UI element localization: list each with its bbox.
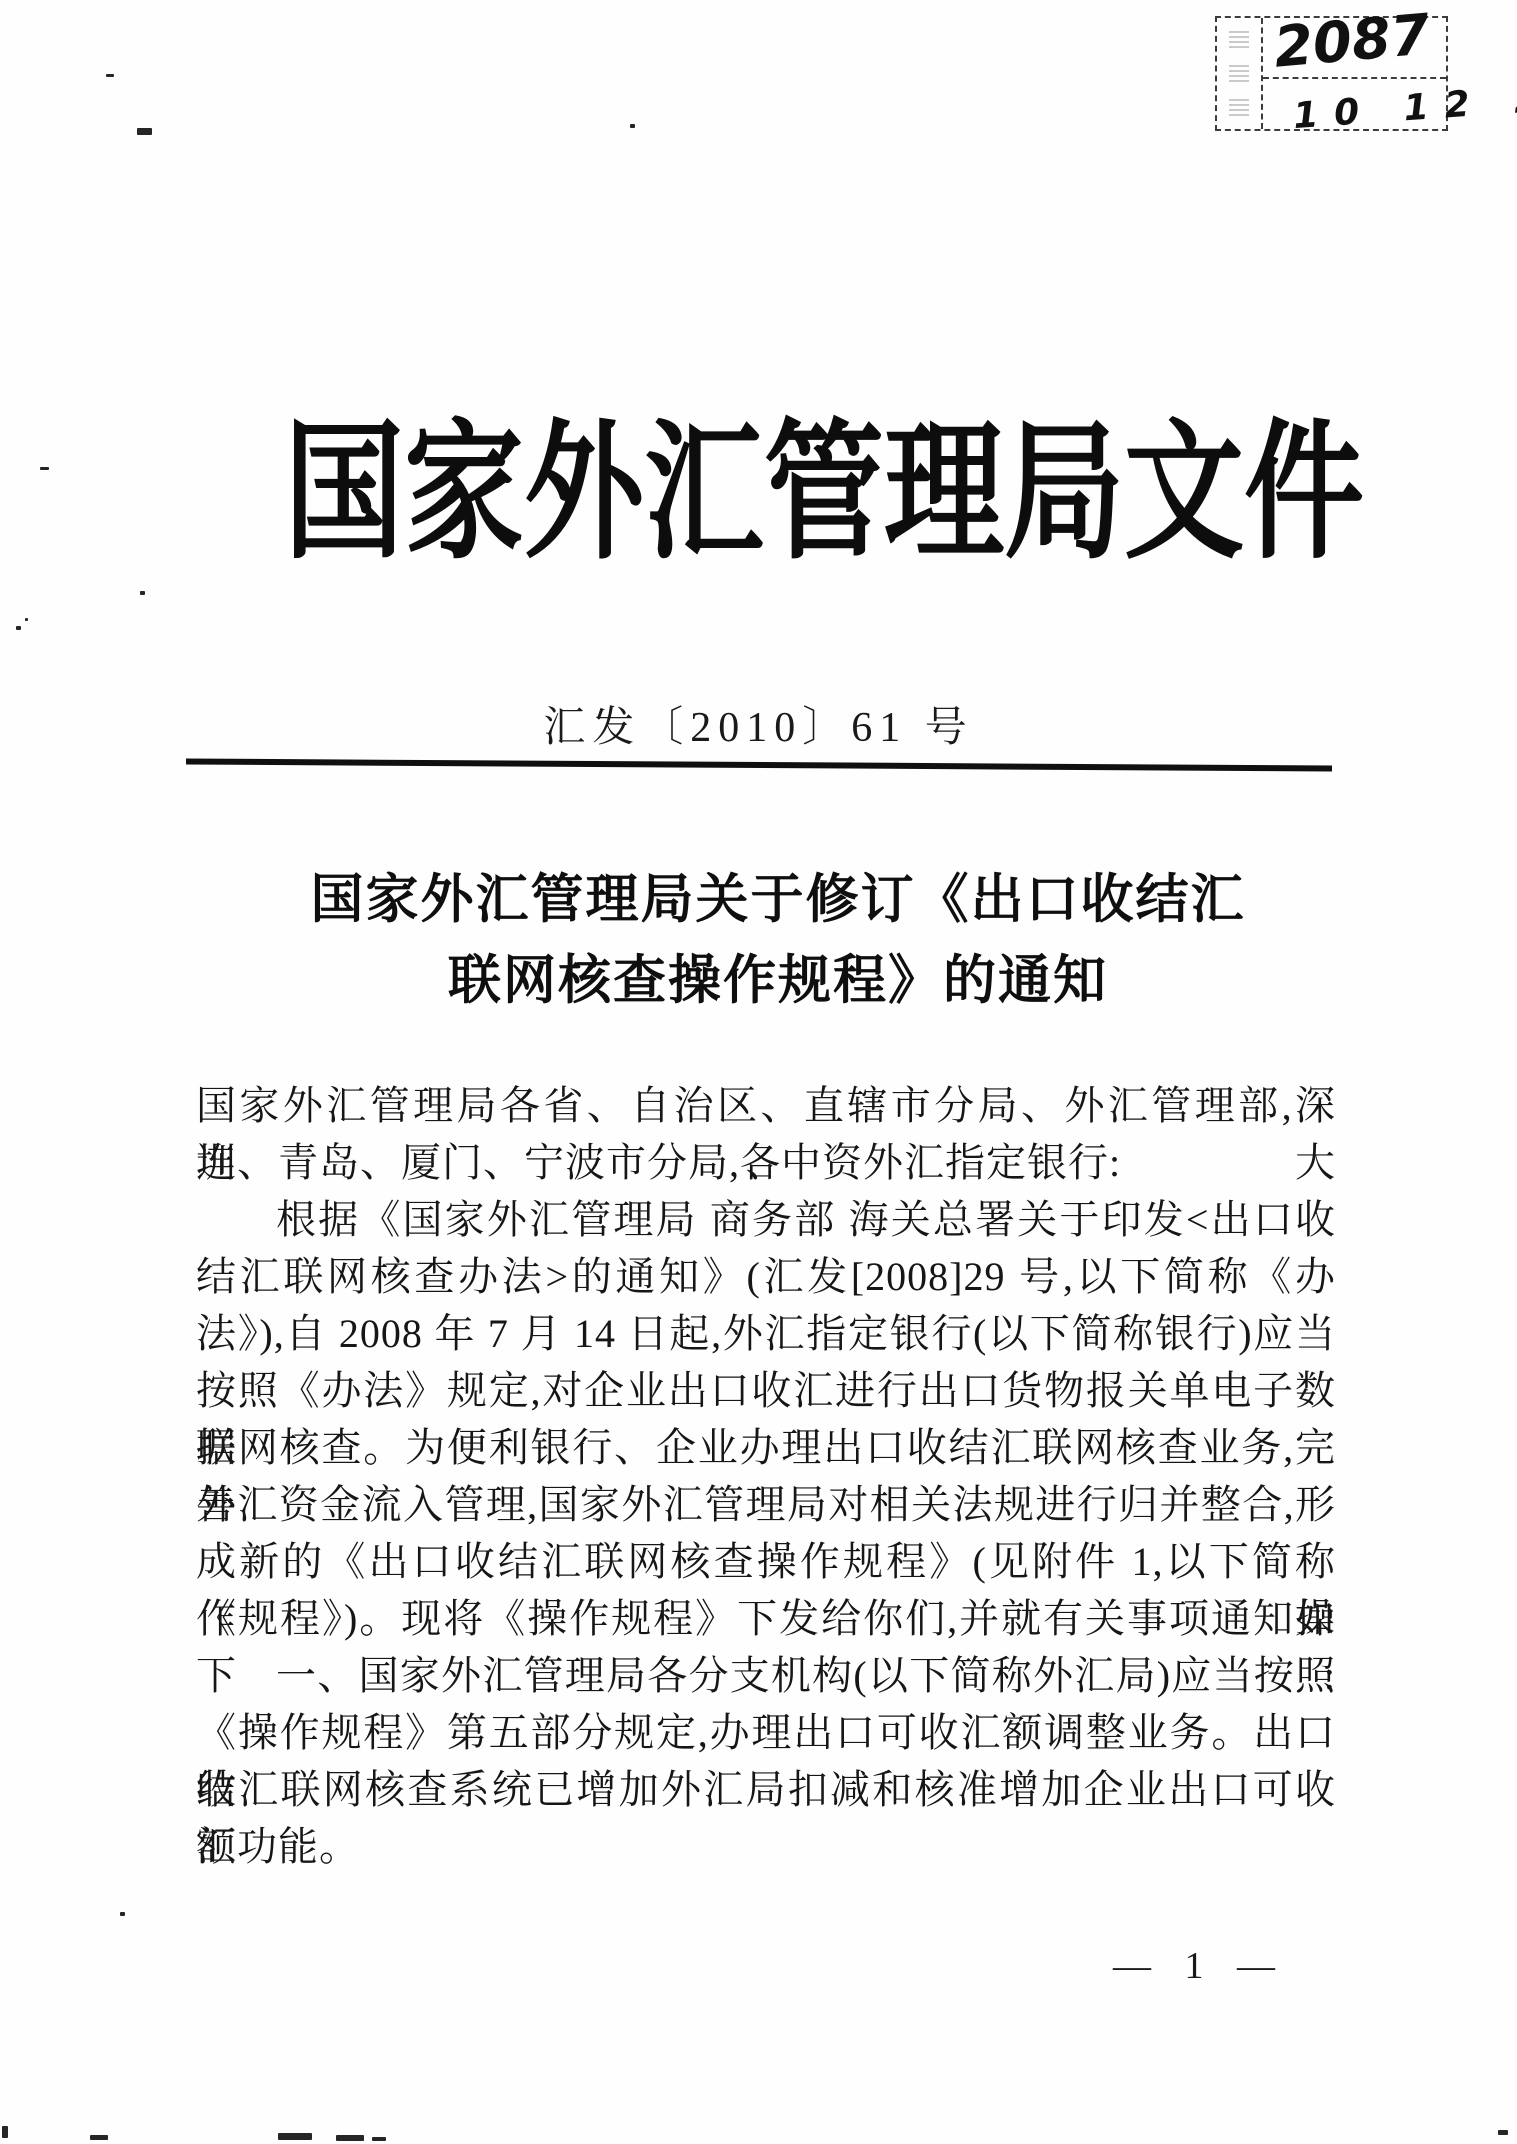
body-text-line: 结汇联网核查系统已增加外汇局扣减和核准增加企业出口可收汇 [196, 1761, 1336, 1818]
stamp-label-column [1217, 18, 1263, 129]
scan-speck [278, 2133, 312, 2140]
page-number: — 1 — [1060, 1944, 1340, 1988]
scan-speck [16, 626, 21, 630]
body-text-line: 根据《国家外汇管理局 商务部 海关总署关于印发<出口收 [196, 1191, 1336, 1248]
body-text-line: 一、国家外汇管理局各分支机构(以下简称外汇局)应当按照 [196, 1647, 1336, 1704]
stamp-faint-mark [1229, 30, 1249, 48]
notice-title-line2: 联网核查操作规程》的通知 [448, 952, 1108, 1010]
handwritten-date: 10 12 2 [1292, 81, 1517, 135]
notice-body: 国家外汇管理局各省、自治区、直辖市分局、外汇管理部,深圳、大 连、青岛、厦门、宁… [196, 1077, 1336, 1875]
body-text-line: 法》),自 2008 年 7 月 14 日起,外汇指定银行(以下简称银行)应当 [196, 1305, 1336, 1362]
scan-speck [1498, 2130, 1508, 2135]
body-text-line: 结汇联网核查办法>的通知》(汇发[2008]29 号,以下简称《办 [196, 1248, 1336, 1305]
body-text-line: 作规程》)。现将《操作规程》下发给你们,并就有关事项通知如下: [196, 1590, 1336, 1647]
scan-speck [336, 2135, 364, 2141]
notice-title: 国家外汇管理局关于修订《出口收结汇 联网核查操作规程》的通知 [156, 860, 1400, 1022]
scan-speck [40, 467, 49, 470]
registration-stamp: 2087 10 12 2 [1215, 16, 1448, 131]
letterhead-rule [186, 758, 1332, 771]
scan-speck [630, 124, 635, 128]
scan-speck [2, 2126, 8, 2138]
document-number: 汇发〔2010〕61 号 [0, 694, 1517, 754]
body-text-line: 额功能。 [196, 1818, 1336, 1875]
body-text-line: 《操作规程》第五部分规定,办理出口可收汇额调整业务。出口收 [196, 1704, 1336, 1761]
scan-speck [25, 618, 28, 621]
scan-speck [120, 1912, 125, 1916]
scan-speck [140, 591, 145, 595]
issuing-agency-title: 国家外汇管理局文件 [284, 408, 1292, 581]
stamp-faint-mark [1229, 98, 1249, 116]
body-text-line: 外汇资金流入管理,国家外汇管理局对相关法规进行归并整合,形 [196, 1476, 1336, 1533]
scanned-document-page: 2087 10 12 2 国家外汇管理局文件 汇发〔2010〕61 号 国家外汇… [0, 0, 1517, 2144]
scan-speck [372, 2137, 386, 2141]
stamp-entry-cells: 2087 10 12 2 [1263, 18, 1446, 129]
stamp-faint-mark [1229, 64, 1249, 82]
scan-speck [137, 128, 152, 135]
notice-title-line1: 国家外汇管理局关于修订《出口收结汇 [311, 871, 1246, 929]
body-text-line: 联网核查。为便利银行、企业办理出口收结汇联网核查业务,完善 [196, 1419, 1336, 1476]
scan-speck [90, 2135, 108, 2140]
body-text-line: 按照《办法》规定,对企业出口收汇进行出口货物报关单电子数据 [196, 1362, 1336, 1419]
body-text-line: 国家外汇管理局各省、自治区、直辖市分局、外汇管理部,深圳、大 [196, 1077, 1336, 1134]
scan-speck [106, 74, 114, 77]
body-text-line: 成新的《出口收结汇联网核查操作规程》(见附件 1,以下简称《操 [196, 1533, 1336, 1590]
handwritten-registration-number: 2087 [1272, 7, 1432, 76]
